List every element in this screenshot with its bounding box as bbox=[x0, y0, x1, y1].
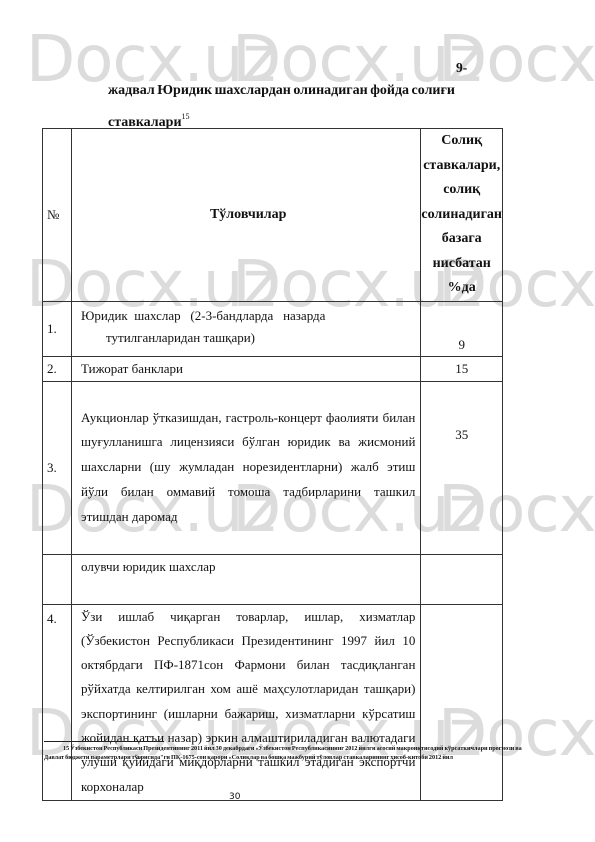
row-rate bbox=[421, 554, 503, 604]
table-header-row: № Тўловчилар Солиқ ставкалари, солиқ сол… bbox=[43, 129, 503, 302]
row-text: Аукционлар ўтказишдан, гастроль-концерт … bbox=[72, 381, 421, 554]
table-row: 2. Тижорат банклари 15 bbox=[43, 356, 503, 381]
table-number: 9- bbox=[456, 60, 467, 76]
header-payers: Тўловчилар bbox=[72, 129, 421, 302]
row-num: 1. bbox=[43, 301, 72, 356]
page-number: 30 bbox=[229, 792, 240, 802]
footnote: 15 Ўзбекистон Республикаси Президентинин… bbox=[44, 744, 524, 762]
row-num bbox=[43, 554, 72, 604]
footnote-separator bbox=[44, 741, 164, 742]
row-rate: 35 bbox=[421, 381, 503, 554]
table-row: 4. Ўзи ишлаб чиқарган товарлар, ишлар, х… bbox=[43, 604, 503, 800]
document-page: 9- жадвал Юридик шахслардан олинадиган ф… bbox=[0, 0, 595, 842]
table-row: 3. Аукционлар ўтказишдан, гастроль-конце… bbox=[43, 381, 503, 554]
row-num: 4. bbox=[43, 604, 72, 800]
footnote-text: Ўзбекистон Республикаси Президентининг 2… bbox=[44, 745, 522, 761]
row-text: Ўзи ишлаб чиқарган товарлар, ишлар, хизм… bbox=[72, 604, 421, 800]
row-rate: 9 bbox=[421, 301, 503, 356]
footnote-ref: 15 bbox=[182, 112, 190, 121]
row-num: 3. bbox=[43, 381, 72, 554]
table-row: 1. Юридик шахслар (2-3-бандларда назарда… bbox=[43, 301, 503, 356]
row-text: олувчи юридик шахслар bbox=[72, 554, 421, 604]
row-rate bbox=[421, 604, 503, 800]
row-text: Юридик шахслар (2-3-бандларда назардатут… bbox=[72, 301, 421, 356]
tax-rates-table: № Тўловчилар Солиқ ставкалари, солиқ сол… bbox=[42, 128, 503, 801]
table-row: олувчи юридик шахслар bbox=[43, 554, 503, 604]
header-rate: Солиқ ставкалари, солиқ солинадиган база… bbox=[421, 129, 503, 302]
footnote-number: 15 bbox=[44, 745, 69, 752]
row-text: Тижорат банклари bbox=[72, 356, 421, 381]
header-num: № bbox=[43, 129, 72, 302]
row-rate: 15 bbox=[421, 356, 503, 381]
row-num: 2. bbox=[43, 356, 72, 381]
